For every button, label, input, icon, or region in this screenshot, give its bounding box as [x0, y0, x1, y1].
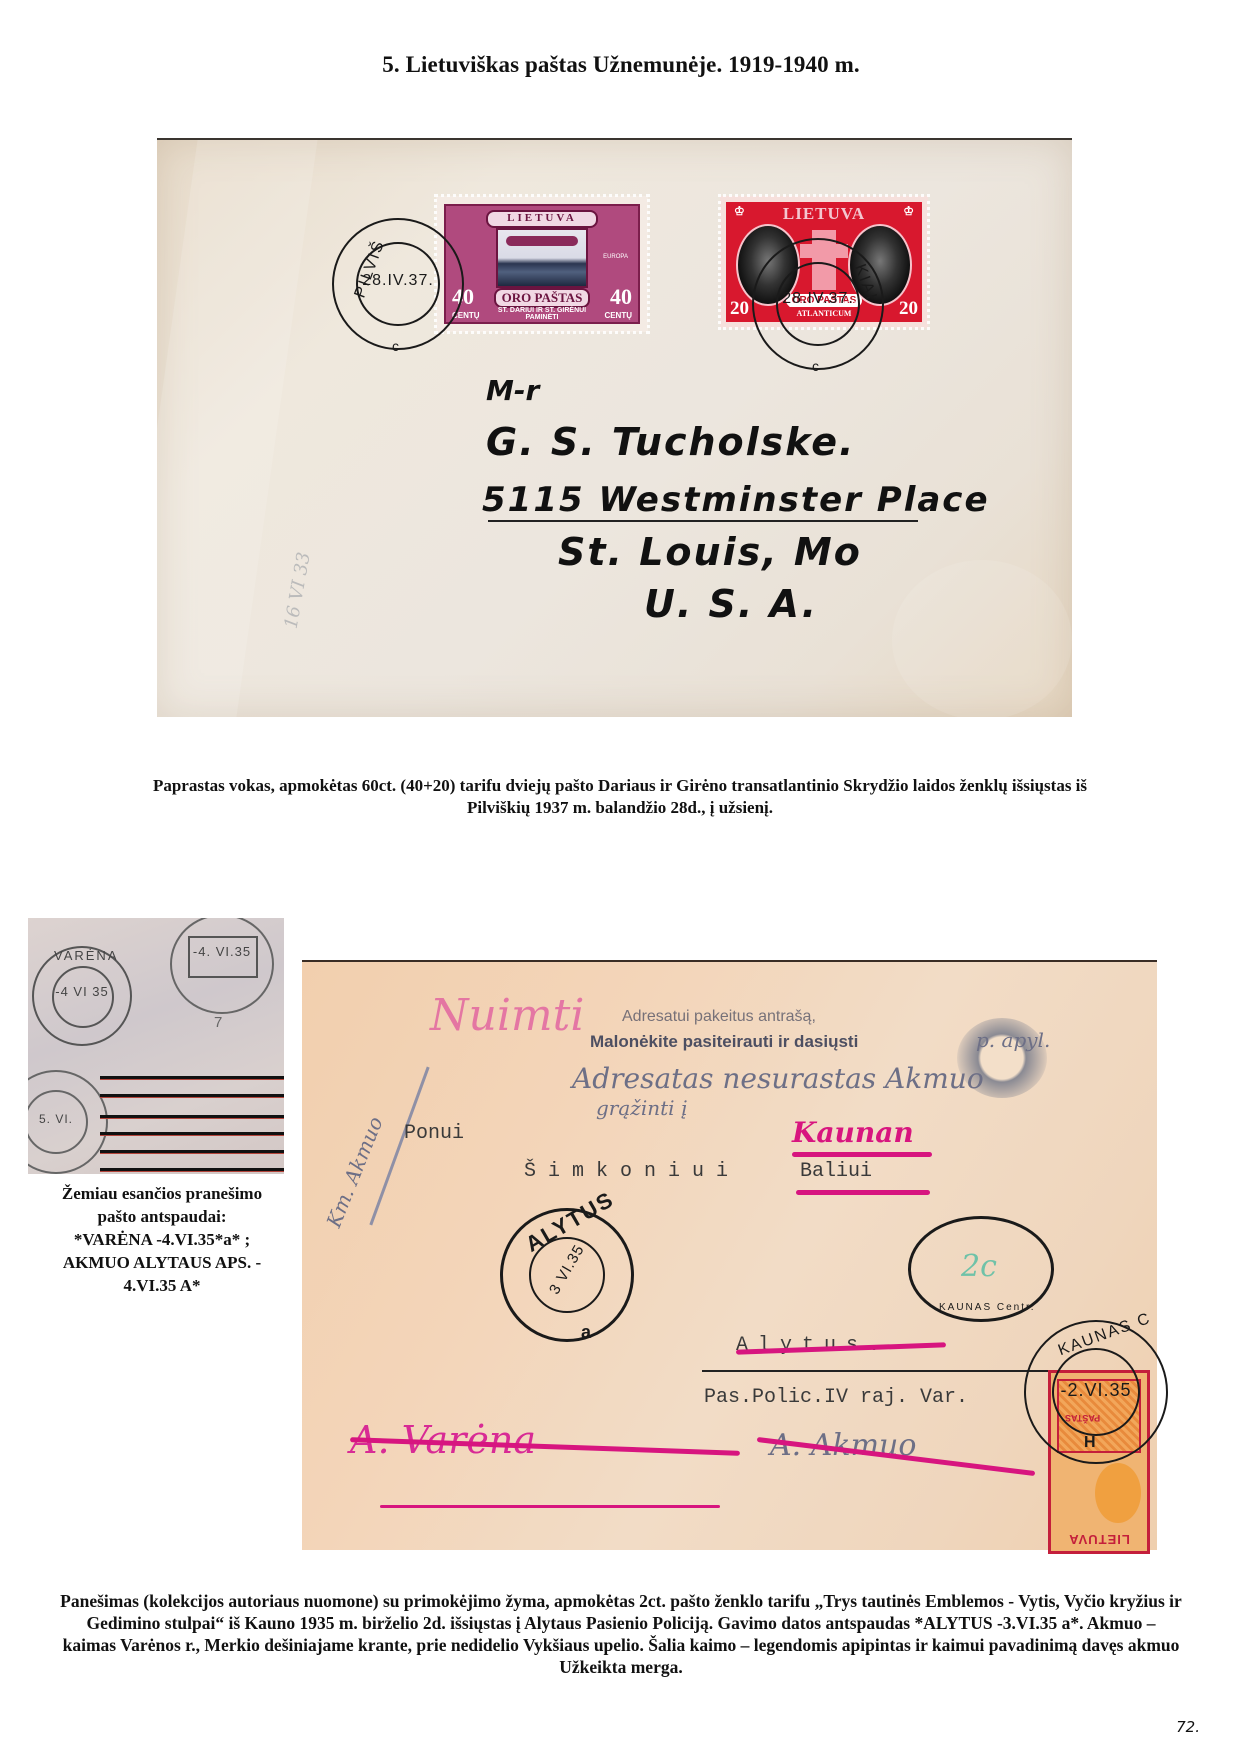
postmark-varena: -4 VI 35 VARĖNA [32, 946, 132, 1046]
paper-crease [892, 560, 1072, 720]
postmark-code: c [812, 358, 821, 374]
pink-underline [796, 1190, 930, 1195]
vytis-emblem [1095, 1463, 1141, 1523]
mark-number: 7 [214, 1014, 222, 1031]
crown-icon: ♔ [903, 204, 914, 219]
stamp-unit: CENTŲ [604, 311, 632, 320]
postmark-code: H [1084, 1434, 1098, 1452]
stamp-value: 40 [610, 286, 632, 308]
postmark-date: 5. VI. [28, 1112, 106, 1126]
address-country: U. S. A. [644, 582, 818, 626]
card-caption: Panešimas (kolekcijos autoriaus nuomone)… [60, 1590, 1182, 1678]
typed-rule [702, 1370, 1062, 1372]
postmark-kaunas-oval: KAUNAS Centr. 2c [908, 1216, 1054, 1322]
stamp-memorial: ST. DARIUI IR ST. GIRĖNUI PAMINĖTI [490, 307, 594, 321]
cover-caption: Paprastas vokas, apmokėtas 60ct. (40+20)… [150, 775, 1090, 819]
stamp-country: LIETUVA [1051, 1532, 1147, 1547]
caption-line: *VARĖNA -4.VI.35*a* ; [22, 1228, 302, 1251]
postmark-alytus: 3 VI.35 ALYTUS a [500, 1208, 634, 1342]
blue-green-mark: 2c [961, 1249, 997, 1284]
stamp-banner: ORO PAŠTAS [494, 288, 590, 308]
stamp-frame: LIETUVA EUROPA 40 40 CENTŲ CENTŲ ORO PAŠ… [444, 204, 640, 324]
pencil-note: 16 VI 33 [281, 551, 315, 631]
postmark-pilviskiai: 28.IV.37. KIAI c [752, 238, 884, 370]
pink-note-kaunas: Kaunan [792, 1116, 914, 1149]
postmark-akmuo-alytaus: 5. VI. [28, 1070, 108, 1174]
caption-line: AKMUO ALYTAUS APS. - [22, 1251, 302, 1274]
address-city: St. Louis, Mo [558, 530, 862, 574]
stamp-map-label: EUROPA [603, 254, 628, 260]
pink-note-top: Nuimti [430, 990, 584, 1041]
caption-line: pašto antspaudai: [22, 1205, 302, 1228]
typed-name-first: Šimkoniui [524, 1160, 740, 1183]
typed-name-last: Baliui [800, 1160, 872, 1183]
stamp-ocean-scene [496, 228, 588, 288]
stamp-value: 20 [899, 298, 918, 320]
postmark-kaunas: -2.VI.35 KAUNAS C H [1024, 1320, 1168, 1464]
postmark-code: a [581, 1322, 593, 1343]
postmark-detail-inset: -4 VI 35 VARĖNA -4. VI.35 7 5. VI. [28, 918, 284, 1174]
pencil-note-top-right: p. apyl. [976, 1028, 1050, 1052]
pencil-note-line2: grąžinti į [596, 1096, 687, 1120]
inset-caption: Žemiau esančios pranešimo pašto antspaud… [22, 1182, 302, 1297]
address-underline [488, 520, 918, 522]
rubber-stamp-line1: Adresatui pakeitus antrašą, [622, 1008, 816, 1026]
postmark-place: VARĖNA [54, 948, 119, 963]
pencil-note-line1: Adresatas nesurastas Akmuo [572, 1062, 984, 1095]
caption-line: 4.VI.35 A* [22, 1274, 302, 1297]
pink-underline [792, 1152, 932, 1157]
postmark-akmuo: -4. VI.35 [170, 918, 274, 1014]
typed-office: Pas.Polic.IV raj. Var. [704, 1386, 968, 1409]
crown-icon: ♔ [734, 204, 745, 219]
postmark-pilviskiai: 28.IV.37. PILVIŠ c [332, 218, 464, 350]
airmail-stamp-40: LIETUVA EUROPA 40 40 CENTŲ CENTŲ ORO PAŠ… [436, 196, 648, 332]
rubber-stamp-line2: Malonėkite pasiteirauti ir dasiųsti [590, 1032, 858, 1052]
pink-underline [380, 1505, 720, 1508]
airplane-icon [506, 236, 578, 246]
address-salutation: M-r [486, 374, 539, 407]
address-street: 5115 Westminster Place [482, 480, 990, 520]
postmark-date: -4. VI.35 [172, 944, 272, 959]
postmark-date: -2.VI.35 [1026, 1380, 1166, 1401]
postmark-place: KAUNAS Centr. [939, 1302, 1036, 1313]
postmark-code: c [392, 338, 401, 354]
paper-crease [116, 140, 317, 717]
address-name: G. S. Tucholske. [486, 420, 855, 464]
typed-salutation: Ponui [404, 1122, 464, 1145]
stamp-country: LIETUVA [774, 204, 874, 224]
caption-line: Žemiau esančios pranešimo [22, 1182, 302, 1205]
page-number: 72. [1176, 1718, 1200, 1736]
stamp-value: 20 [730, 298, 749, 320]
stamp-country: LIETUVA [486, 210, 598, 228]
postmark-date: -4 VI 35 [34, 984, 130, 999]
page-title: 5. Lietuviškas paštas Užnemunėje. 1919-1… [0, 52, 1242, 78]
